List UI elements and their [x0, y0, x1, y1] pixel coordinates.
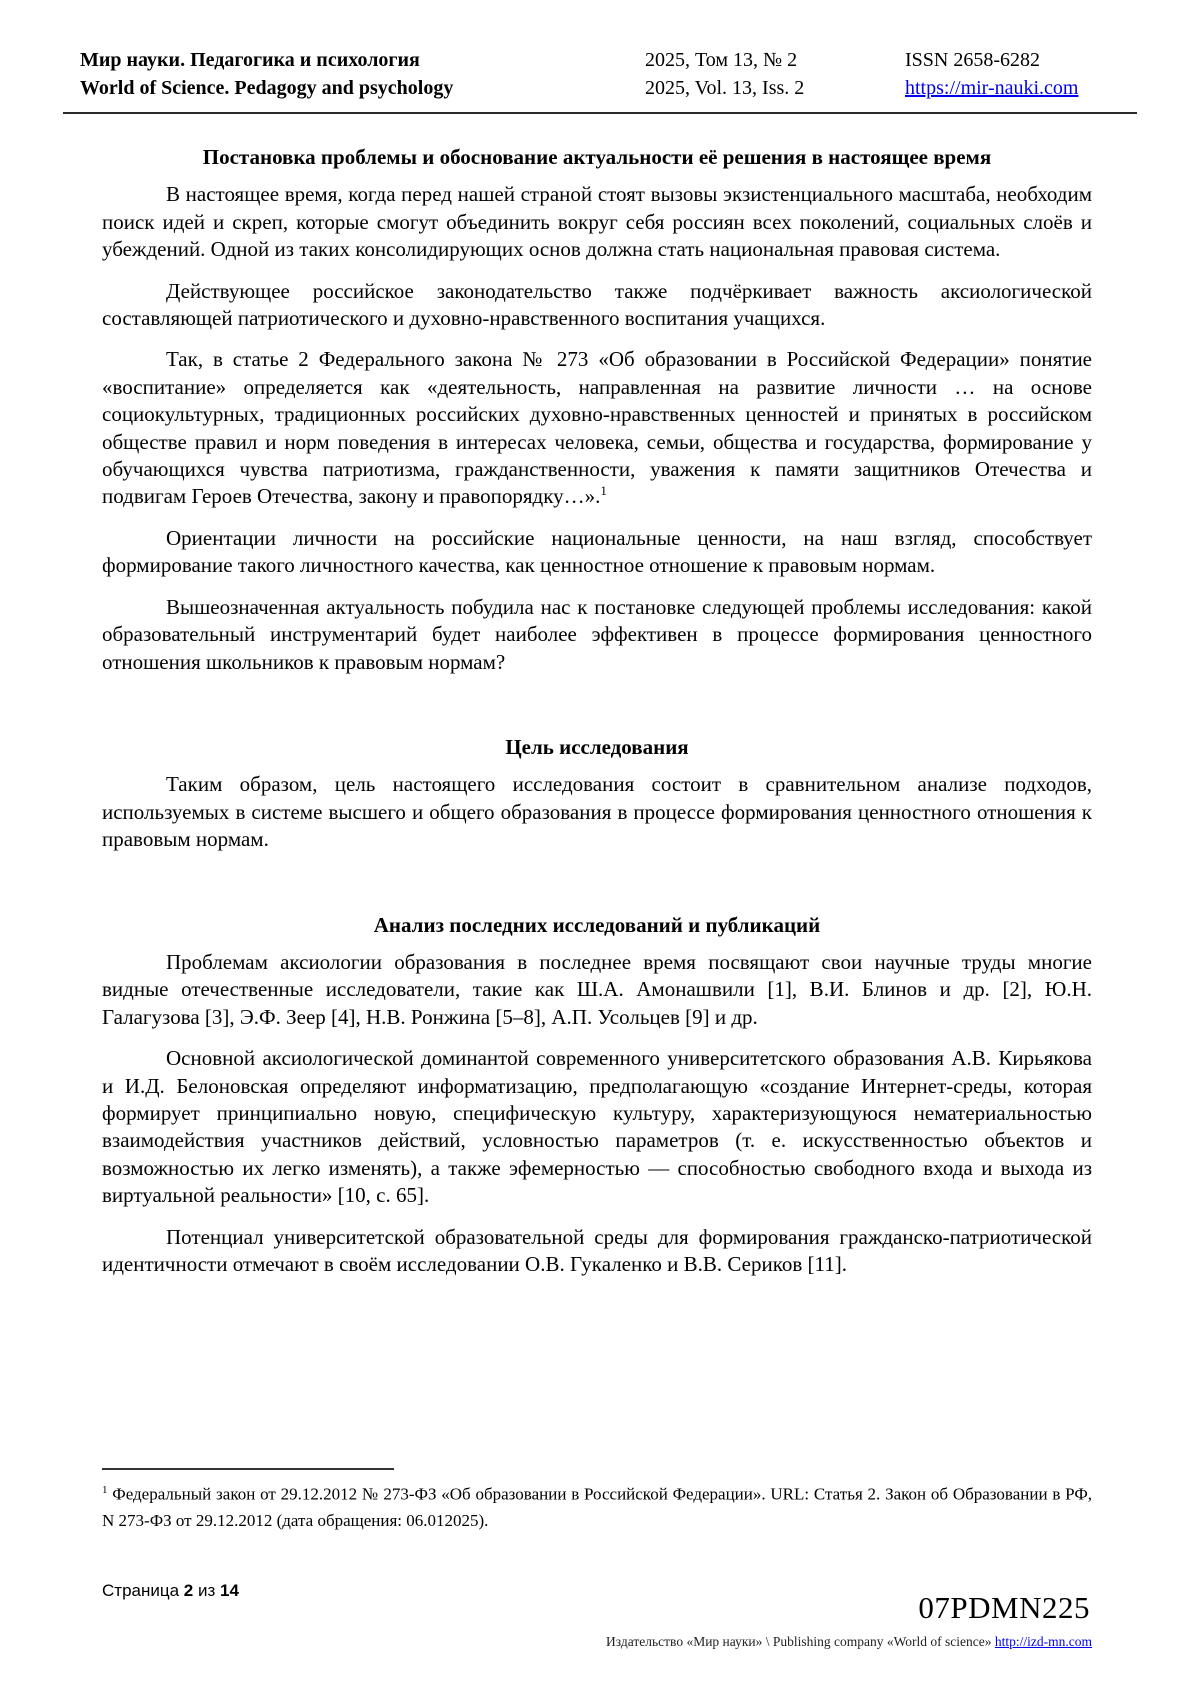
paragraph-4: Ориентации личности на российские национ… [102, 525, 1092, 580]
article-id: 07PDMN225 [918, 1590, 1090, 1626]
section-heading-goal: Цель исследования [102, 734, 1092, 761]
paragraph-6: Таким образом, цель настоящего исследова… [102, 771, 1092, 853]
issn-block: ISSN 2658-6282 https://mir-nauki.com [905, 46, 1135, 102]
issue-info-ru: 2025, Том 13, № 2 [645, 46, 905, 74]
journal-titles: Мир науки. Педагогика и психология World… [80, 46, 645, 102]
page-number: Страница 2 из 14 [102, 1581, 239, 1601]
paragraph-8: Основной аксиологической доминантой совр… [102, 1045, 1092, 1209]
journal-site-link[interactable]: https://mir-nauki.com [905, 77, 1078, 99]
article-body: Постановка проблемы и обоснование актуал… [102, 144, 1092, 1278]
publisher-text: Издательство «Мир науки» \ Publishing co… [606, 1634, 991, 1649]
publisher-link[interactable]: http://izd-mn.com [995, 1634, 1092, 1649]
issue-info-en: 2025, Vol. 13, Iss. 2 [645, 74, 905, 102]
footnote-body: Федеральный закон от 29.12.2012 № 273-ФЗ… [102, 1485, 1092, 1530]
paragraph-7: Проблемам аксиологии образования в после… [102, 949, 1092, 1031]
section-heading-problem: Постановка проблемы и обоснование актуал… [102, 144, 1092, 171]
paragraph-3: Так, в статье 2 Федерального закона № 27… [102, 346, 1092, 510]
paragraph-2: Действующее российское законодательство … [102, 278, 1092, 333]
paragraph-1: В настоящее время, когда перед нашей стр… [102, 181, 1092, 263]
paragraph-5: Вышеозначенная актуальность побудила нас… [102, 594, 1092, 676]
page-number-of: из [198, 1581, 215, 1600]
footnote-ref: 1 [600, 483, 607, 498]
footnote-block: 1 Федеральный закон от 29.12.2012 № 273-… [102, 1468, 1092, 1534]
footnote-text: 1 Федеральный закон от 29.12.2012 № 273-… [102, 1477, 1092, 1534]
issn-label: ISSN 2658-6282 [905, 46, 1135, 74]
footnote-marker: 1 [102, 1484, 108, 1496]
page-header: Мир науки. Педагогика и психология World… [63, 46, 1137, 114]
page-number-current: 2 [184, 1581, 193, 1600]
page-number-label: Страница [102, 1581, 179, 1600]
issue-info: 2025, Том 13, № 2 2025, Vol. 13, Iss. 2 [645, 46, 905, 102]
journal-page: Мир науки. Педагогика и психология World… [0, 0, 1200, 1697]
publisher-line: Издательство «Мир науки» \ Publishing co… [606, 1634, 1092, 1650]
paragraph-3-text: Так, в статье 2 Федерального закона № 27… [102, 347, 1092, 508]
paragraph-9: Потенциал университетской образовательно… [102, 1224, 1092, 1279]
page-number-total: 14 [220, 1581, 239, 1600]
journal-title-ru: Мир науки. Педагогика и психология [80, 46, 645, 74]
journal-title-en: World of Science. Pedagogy and psycholog… [80, 74, 645, 102]
footnote-divider [102, 1468, 394, 1470]
section-heading-analysis: Анализ последних исследований и публикац… [102, 912, 1092, 939]
